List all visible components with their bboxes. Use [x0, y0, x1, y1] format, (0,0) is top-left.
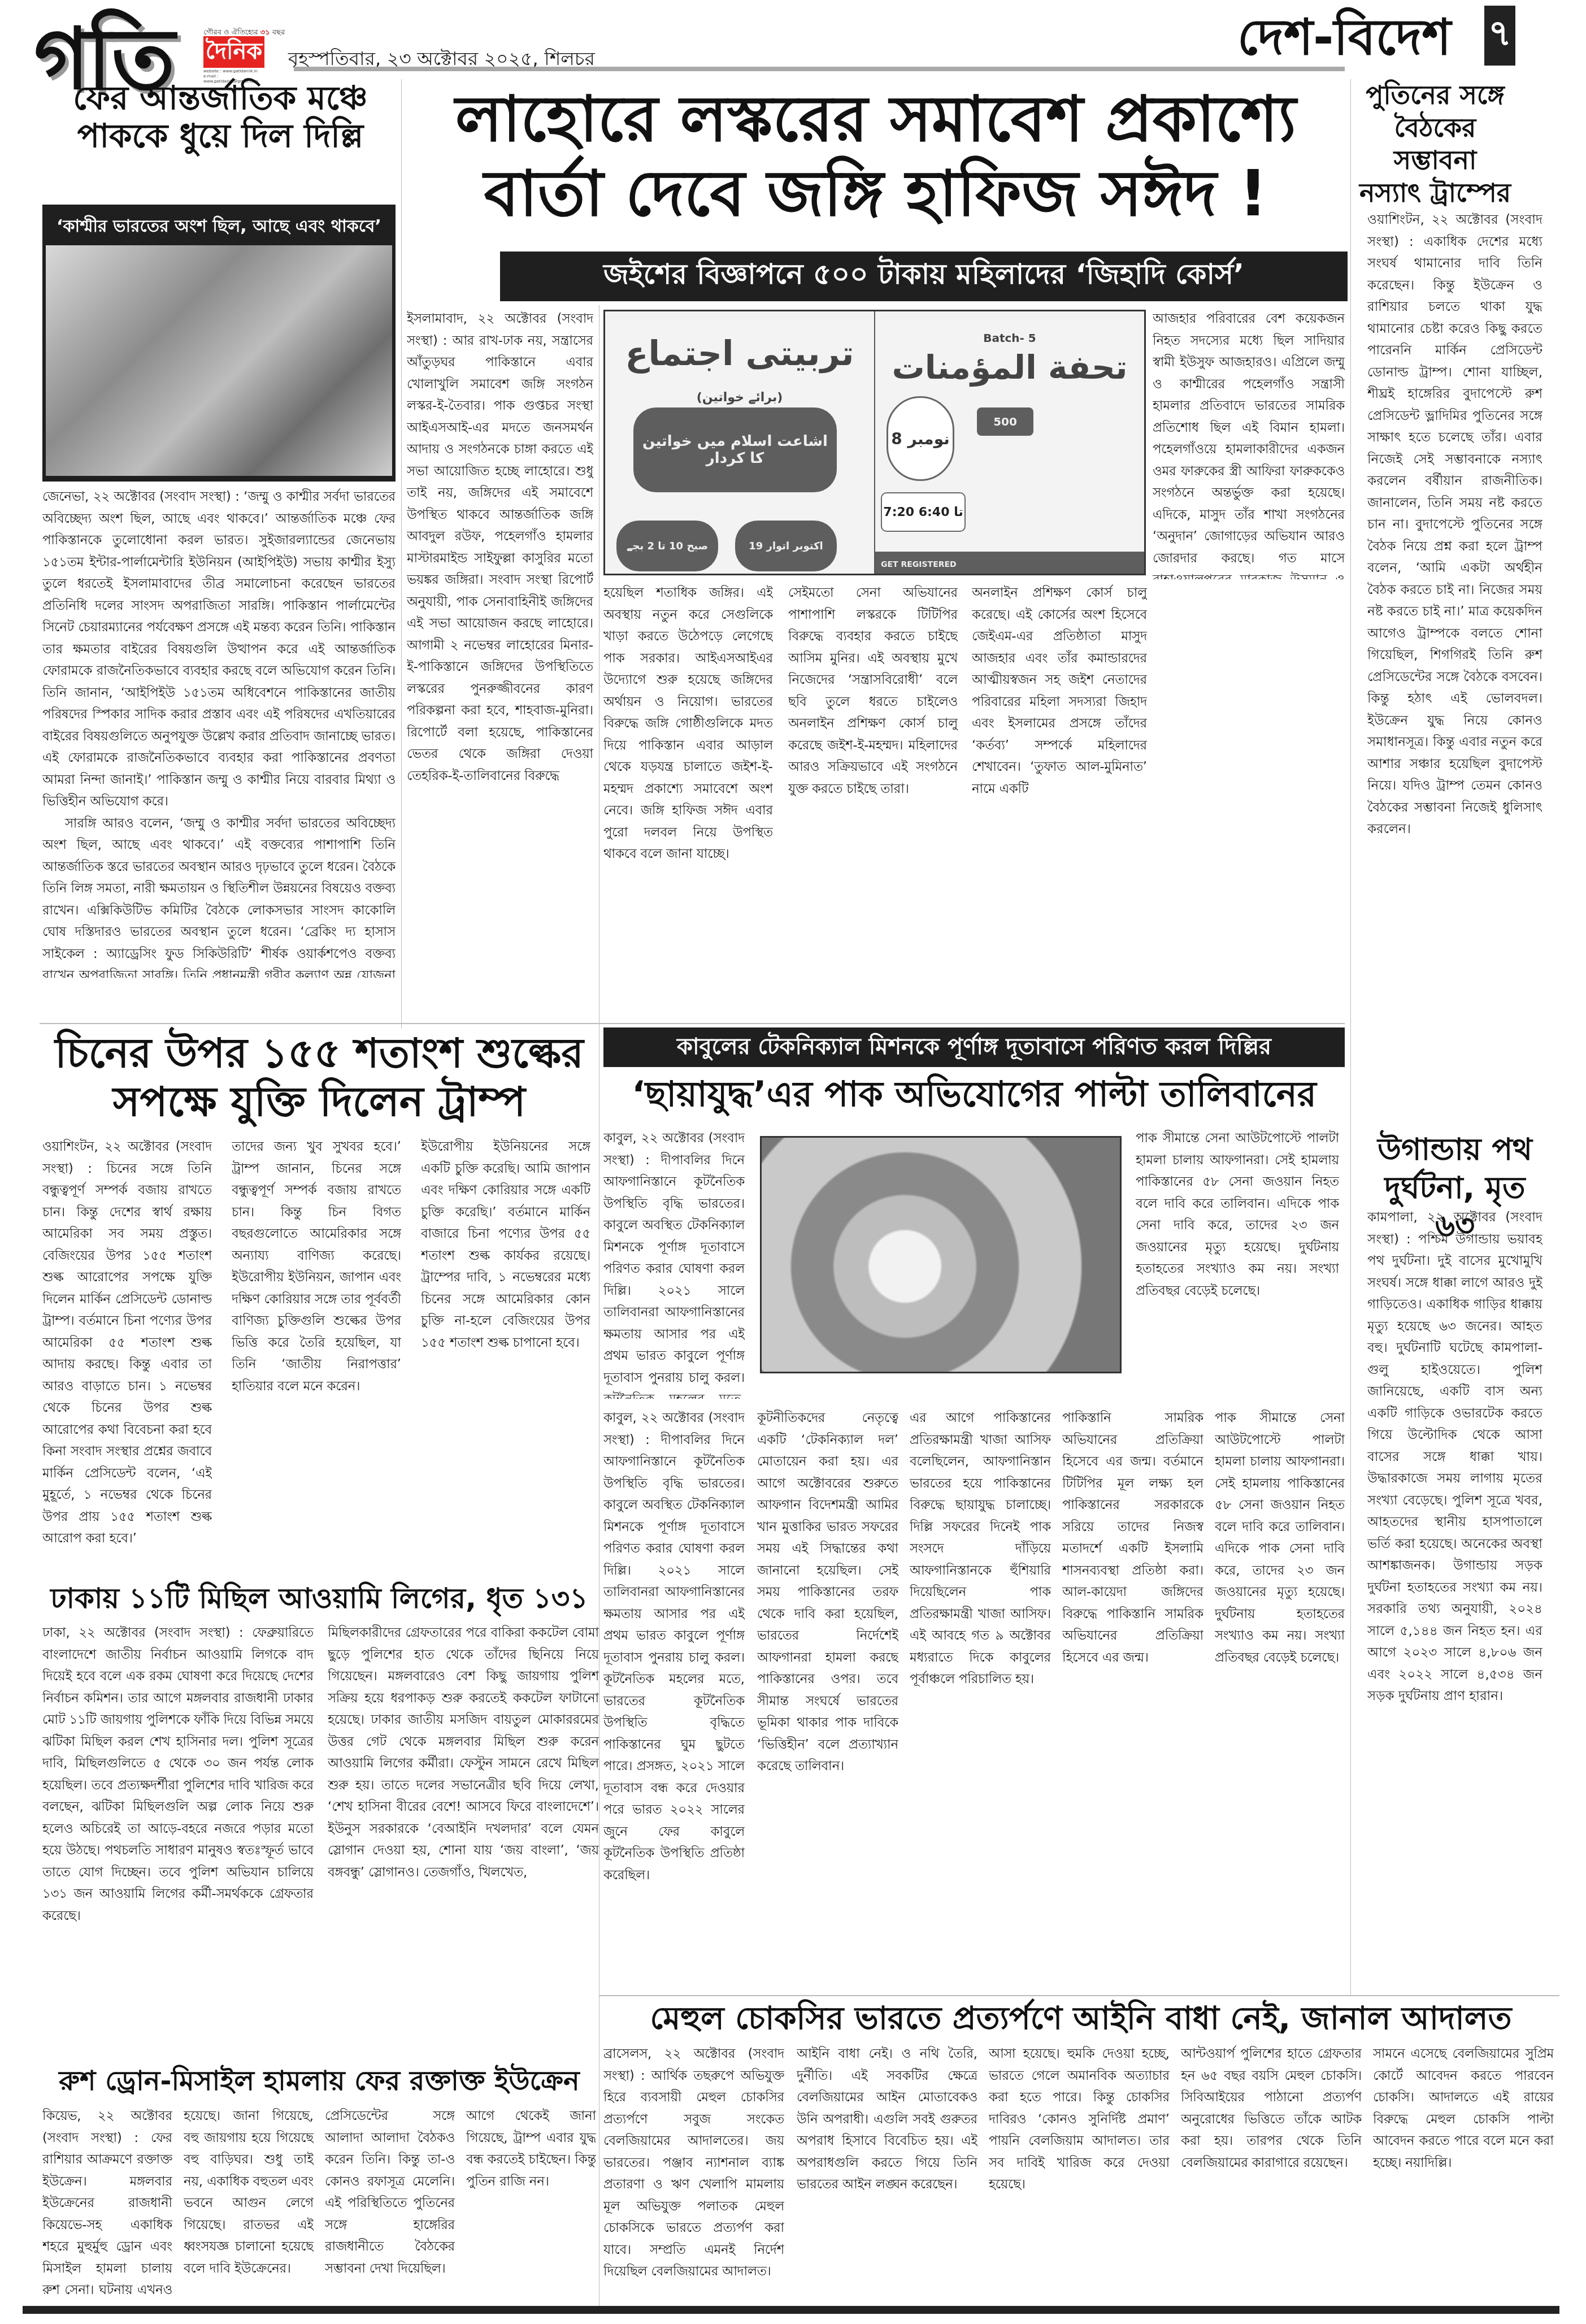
kabul-headline: ‘ছায়াযুদ্ধ’এর পাক অভিযোগের পাল্টা তালিব…: [603, 1074, 1345, 1114]
lead-column-2: হয়েছিল শতাধিক জঙ্গির। এই অবস্থায় নতুন …: [603, 582, 773, 1006]
putin-body: ওয়াশিংটন, ২২ অক্টোবর (সংবাদ সংস্থা) : এ…: [1367, 209, 1542, 1136]
kabul-col-1: কাবুল, ২২ অক্টোবর (সংবাদ সংস্থা) : দীপাব…: [603, 1407, 745, 2029]
kabul-embassy-photo: [760, 1136, 1122, 1373]
section-title: দেশ-বিদেশ: [1237, 12, 1451, 62]
column-divider: [599, 305, 599, 2306]
china-tariff-col-3: ইউরোপীয় ইউনিয়নের সঙ্গে একটি চুক্তি করে…: [421, 1136, 590, 1588]
ukraine-col-1: কিয়েভ, ২২ অক্টোবর (সংবাদ সংস্থা) : ফের …: [42, 2105, 172, 2303]
kabul-col-3: এর আগে পাকিস্তানের প্রতিরক্ষামন্ত্রী খাজ…: [910, 1407, 1051, 2029]
china-tariff-headline: চিনের উপর ১৫৫ শতাংশ শুল্কের সপক্ষে যুক্ত…: [40, 1029, 599, 1126]
lead-column-1: ইসলামাবাদ, ২২ অক্টোবর (সংবাদ সংস্থা) : আ…: [407, 308, 593, 1006]
ukraine-col-4: আগে থেকেই জানা গিয়েছে, ট্রাম্প এবার যুদ…: [466, 2105, 596, 2303]
dhaka-headline: ঢাকায় ১১টি মিছিল আওয়ামি লিগের, ধৃত ১৩১: [40, 1582, 599, 1615]
choksi-col-2: আইনি বাধা নেই। ও নথি তৈরি, দুর্নীতি। এই …: [797, 2043, 977, 2303]
lead-column-3: সেইমতো সেনা অভিযানের পাশাপাশি লস্করকে টি…: [788, 582, 958, 1006]
row-divider: [599, 1995, 1559, 1996]
china-tariff-col-2: তাদের জন্য খুব সুখবর হবে।’ ট্রাম্প জানান…: [232, 1136, 401, 1588]
kabul-col-5-top: পাক সীমান্তে সেনা আউটপোস্টে পালটা হামলা …: [1136, 1128, 1339, 1399]
kabul-col-4: পাকিস্তানি সামরিক অভিযানের প্রতিক্রিয়া …: [1062, 1407, 1203, 2029]
lead-column-4: অনলাইন প্রশিক্ষণ কোর্স চালু করেছে। এই কো…: [972, 582, 1147, 1006]
lead-subhead-bar: জইশের বিজ্ঞাপনে ৫০০ টাকায় মহিলাদের ‘জিহ…: [500, 252, 1348, 301]
dhaka-col-2: মিছিলকারীদের গ্রেফতারের পরে বাকিরা ককটেল…: [328, 1622, 599, 2125]
brand-badge: দৈনিক: [203, 36, 264, 68]
choksi-col-4: আন্টওয়ার্প পুলিশের হাতে গ্রেফতার হন ৬৫ …: [1181, 2043, 1362, 2303]
kabul-col-5: পাক সীমান্তে সেনা আউটপোস্টে পালটা হামলা …: [1215, 1407, 1345, 2029]
ad-panel-left: تربیتی اجتماع (برائے خواتین) اشاعت اسلام…: [605, 311, 875, 574]
lead-headline: লাহোরে লস্করের সমাবেশ প্রকাশ্যে বার্তা দ…: [407, 82, 1345, 231]
ad-panel-right: Batch- 5 تحفة المؤمنات 8 نومبر 500 7:20 …: [875, 311, 1144, 574]
kabul-col-1-top: কাবুল, ২২ অক্টোবর (সংবাদ সংস্থা) : দীপাব…: [603, 1128, 745, 1399]
choksi-col-3: আসা হয়েছে। হুমকি দেওয়া হচ্ছে, ভারতে গে…: [989, 2043, 1170, 2303]
column-divider: [1350, 79, 1351, 1995]
ukraine-col-3: প্রেসিডেন্টের সঙ্গে আলাদা আলাদা বৈঠকও কর…: [325, 2105, 455, 2303]
kashmir-photo-frame: ‘কাশ্মীর ভারতের অংশ ছিল, আছে এবং থাকবে’: [42, 205, 396, 482]
kashmir-photo: [46, 245, 392, 476]
choksi-col-1: ব্রাসেলস, ২২ অক্টোবর (সংবাদ সংস্থা) : আর…: [603, 2043, 784, 2303]
uganda-body: কামপালা, ২২ অক্টোবর (সংবাদ সংস্থা) : পশ্…: [1367, 1207, 1542, 2004]
page-number: ৭: [1484, 6, 1515, 66]
choksi-headline: মেহুল চোকসির ভারতে প্রত্যর্পণে আইনি বাধা…: [603, 2001, 1558, 2037]
row-divider: [40, 1023, 1345, 1024]
jaish-advertisement: تربیتی اجتماع (برائے خواتین) اشاعت اسلام…: [603, 310, 1146, 575]
lead-column-5-top: আজহার পরিবারের বেশ কয়েকজন নিহত সদস্যের …: [1153, 308, 1345, 579]
ukraine-col-2: হয়েছে। জানা গিয়েছে, বহু জায়গায় হয়ে …: [184, 2105, 314, 2303]
china-tariff-col-1: ওয়াশিংটন, ২২ অক্টোবর (সংবাদ সংস্থা) : চ…: [42, 1136, 212, 1588]
dhaka-col-1: ঢাকা, ২২ অক্টোবর (সংবাদ সংস্থা) : ফেব্রু…: [42, 1622, 314, 2125]
masthead-rule: [294, 67, 1345, 71]
kashmir-headline: ফের আন্তর্জাতিক মঞ্চে পাককে ধুয়ে দিল দি…: [40, 79, 401, 154]
kashmir-body: জেনেভা, ২২ অক্টোবর (সংবাদ সংস্থা) : ‘জম্…: [42, 486, 396, 978]
page-bottom-rule: [23, 2306, 1559, 2314]
column-divider: [401, 79, 402, 1029]
kabul-bar: কাবুলের টেকনিক্যাল মিশনকে পূর্ণাঙ্গ দূতা…: [603, 1027, 1345, 1067]
kabul-col-2: কূটনীতিকদের নেতৃত্বে একটি ‘টেকনিক্যাল দল…: [757, 1407, 898, 2029]
ukraine-headline: রুশ ড্রোন-মিসাইল হামলায় ফের রক্তাক্ত ইউ…: [40, 2066, 599, 2097]
kashmir-photo-caption: ‘কাশ্মীর ভারতের অংশ ছিল, আছে এবং থাকবে’: [46, 208, 392, 245]
putin-headline: পুতিনের সঙ্গে বৈঠকের সম্ভাবনা নস্যাৎ ট্র…: [1350, 79, 1520, 209]
choksi-col-5: সামনে এসেছে বেলজিয়ামের সুপ্রিম কোর্টে আ…: [1373, 2043, 1554, 2303]
